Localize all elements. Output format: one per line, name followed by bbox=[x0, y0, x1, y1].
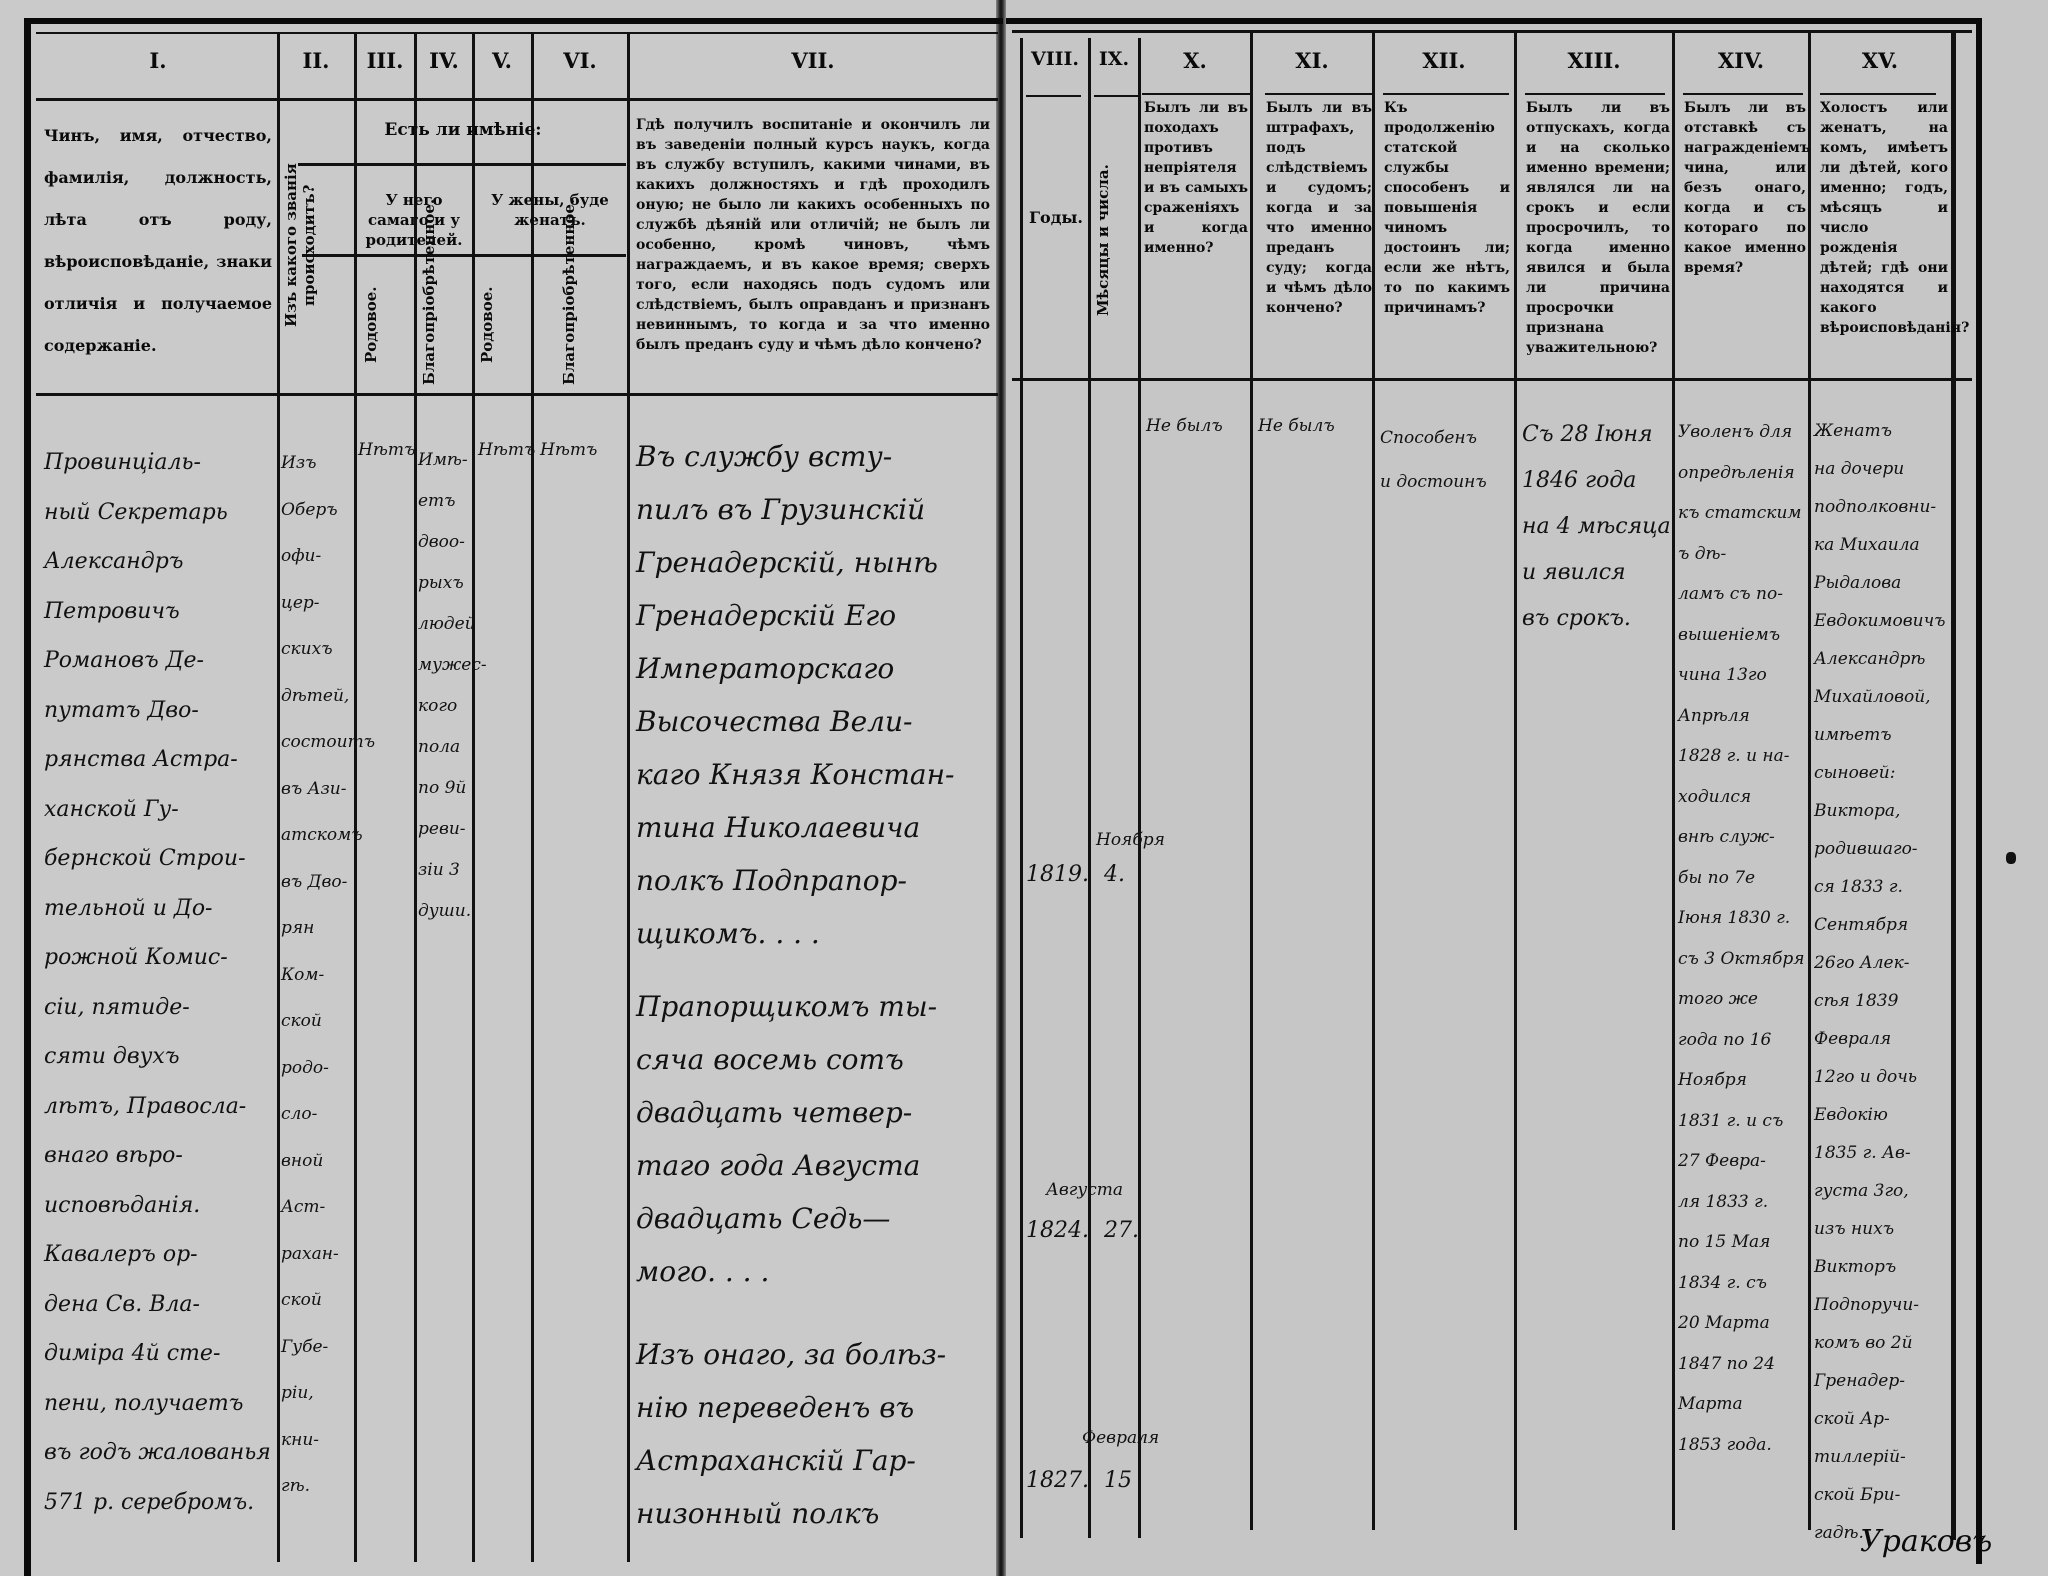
divider bbox=[1088, 38, 1091, 1538]
header-campaigns: Былъ ли въ походахъ противъ непріятеля и… bbox=[1144, 98, 1248, 258]
header-estate-group: Есть ли имѣніе: bbox=[300, 120, 626, 140]
divider bbox=[1525, 93, 1665, 95]
date-month: Февраля bbox=[1082, 1428, 1159, 1448]
column-numeral: V. bbox=[474, 48, 530, 73]
divider bbox=[1012, 378, 1972, 381]
header-education-service: Гдѣ получилъ воспитаніе и окончилъ ли въ… bbox=[636, 115, 990, 355]
column-numeral: XI. bbox=[1252, 48, 1372, 73]
date-day: 4. bbox=[1104, 862, 1125, 887]
divider bbox=[1250, 30, 1253, 1530]
entry-service-paragraph-3: Изъ онаго, за болѣз- нію переведенъ въ А… bbox=[636, 1328, 946, 1540]
header-fitness: Къ продолженію статской службы способенъ… bbox=[1384, 98, 1510, 318]
entry-acquired: Имѣ- етъ двоо- рыхъ людей мужес- кого по… bbox=[418, 440, 487, 932]
header-own-parents: У него самаго и у родителей. bbox=[356, 190, 472, 250]
entry-fitness: Способенъ и достоинъ bbox=[1380, 416, 1487, 504]
column-numeral: IV. bbox=[416, 48, 472, 73]
divider bbox=[1383, 93, 1509, 95]
divider bbox=[36, 393, 998, 396]
column-numeral: III. bbox=[356, 48, 414, 73]
entry-rank-name: Провинціаль- ный Секретарь Александръ Пе… bbox=[44, 438, 271, 1527]
divider bbox=[1138, 38, 1141, 1538]
divider bbox=[1951, 30, 1956, 1540]
date-day: 27. bbox=[1104, 1218, 1139, 1243]
entry-hereditary: Нѣтъ bbox=[358, 440, 415, 460]
divider bbox=[36, 98, 998, 101]
entry-origin: Изъ Оберъ офи- цер- скихъ дѣтей, состоит… bbox=[281, 440, 375, 1510]
divider bbox=[1672, 30, 1675, 1530]
date-year: 1824. bbox=[1026, 1218, 1089, 1243]
header-hereditary: Родовое. bbox=[362, 265, 408, 385]
column-numeral: IX. bbox=[1090, 48, 1138, 70]
divider bbox=[1026, 95, 1081, 97]
entry-penalties: Не былъ bbox=[1258, 416, 1335, 436]
divider bbox=[1012, 30, 1972, 33]
divider bbox=[1372, 30, 1375, 1530]
entry-wife-hereditary: Нѣтъ bbox=[478, 440, 535, 460]
column-numeral: XIII. bbox=[1516, 48, 1672, 73]
entry-service-paragraph-1: Въ службу всту- пилъ въ Грузинскій Грена… bbox=[636, 430, 955, 960]
divider bbox=[1808, 30, 1811, 1530]
date-month: Августа bbox=[1046, 1180, 1123, 1200]
column-numeral: XII. bbox=[1374, 48, 1514, 73]
header-penalties: Былъ ли въ штрафахъ, подъ слѣдствіемъ и … bbox=[1266, 98, 1372, 318]
divider bbox=[1683, 93, 1803, 95]
column-numeral: II. bbox=[280, 48, 352, 73]
column-numeral: XV. bbox=[1810, 48, 1950, 73]
entry-leave: Съ 28 Іюня 1846 года на 4 мѣсяца и явилс… bbox=[1522, 412, 1671, 642]
column-numeral: VIII. bbox=[1022, 48, 1088, 70]
date-year: 1819. bbox=[1026, 862, 1089, 887]
divider bbox=[1094, 95, 1138, 97]
column-numeral: XIV. bbox=[1674, 48, 1808, 73]
entry-campaigns: Не былъ bbox=[1146, 416, 1223, 436]
divider bbox=[627, 32, 630, 1562]
date-day: 15 bbox=[1104, 1468, 1132, 1493]
entry-family: Женатъ на дочери подполковни- ка Михаила… bbox=[1814, 412, 1946, 1552]
header-rank-name: Чинъ, имя, отчество, фамилія, должность,… bbox=[44, 115, 272, 367]
divider bbox=[1514, 30, 1517, 1530]
divider bbox=[1020, 38, 1023, 1538]
entry-retirement: Уволенъ для опредѣленія къ статским ъ дѣ… bbox=[1678, 412, 1804, 1465]
divider bbox=[414, 32, 417, 1562]
divider bbox=[36, 32, 998, 34]
entry-wife-acquired: Нѣтъ bbox=[540, 440, 597, 460]
divider bbox=[1265, 93, 1375, 95]
header-years: Годы. bbox=[1024, 208, 1088, 228]
column-numeral: VI. bbox=[533, 48, 627, 73]
divider bbox=[277, 32, 280, 1562]
column-numeral: X. bbox=[1140, 48, 1250, 73]
header-family: Холостъ или женатъ, на комъ, имѣетъ ли д… bbox=[1820, 98, 1948, 338]
header-wife: У жены, буде женатъ. bbox=[474, 190, 626, 230]
header-wife-hereditary: Родовое. bbox=[478, 265, 526, 385]
date-month: Ноября bbox=[1096, 830, 1165, 850]
ink-speck bbox=[2006, 852, 2016, 864]
signature: Ураковъ bbox=[1860, 1524, 1992, 1559]
entry-service-paragraph-2: Прапорщикомъ ты- сяча восемь сотъ двадца… bbox=[636, 980, 937, 1298]
header-retirement: Былъ ли въ отставкѣ съ награжденіемъ чин… bbox=[1684, 98, 1806, 278]
header-acquired: Благопріобрѣтенное. bbox=[420, 265, 468, 385]
column-numeral: I. bbox=[40, 48, 276, 73]
header-wife-acquired: Благопріобрѣтенное. bbox=[560, 265, 608, 385]
divider bbox=[531, 32, 534, 1562]
column-numeral: VII. bbox=[630, 48, 996, 73]
header-months-days: Мѣсяцы и числа. bbox=[1094, 140, 1134, 340]
date-year: 1827. bbox=[1026, 1468, 1089, 1493]
header-leave: Былъ ли въ отпускахъ, когда и на сколько… bbox=[1526, 98, 1670, 358]
header-origin: Изъ какого званія происходитъ? bbox=[282, 110, 352, 380]
divider bbox=[1142, 93, 1250, 95]
divider bbox=[1820, 93, 1936, 95]
